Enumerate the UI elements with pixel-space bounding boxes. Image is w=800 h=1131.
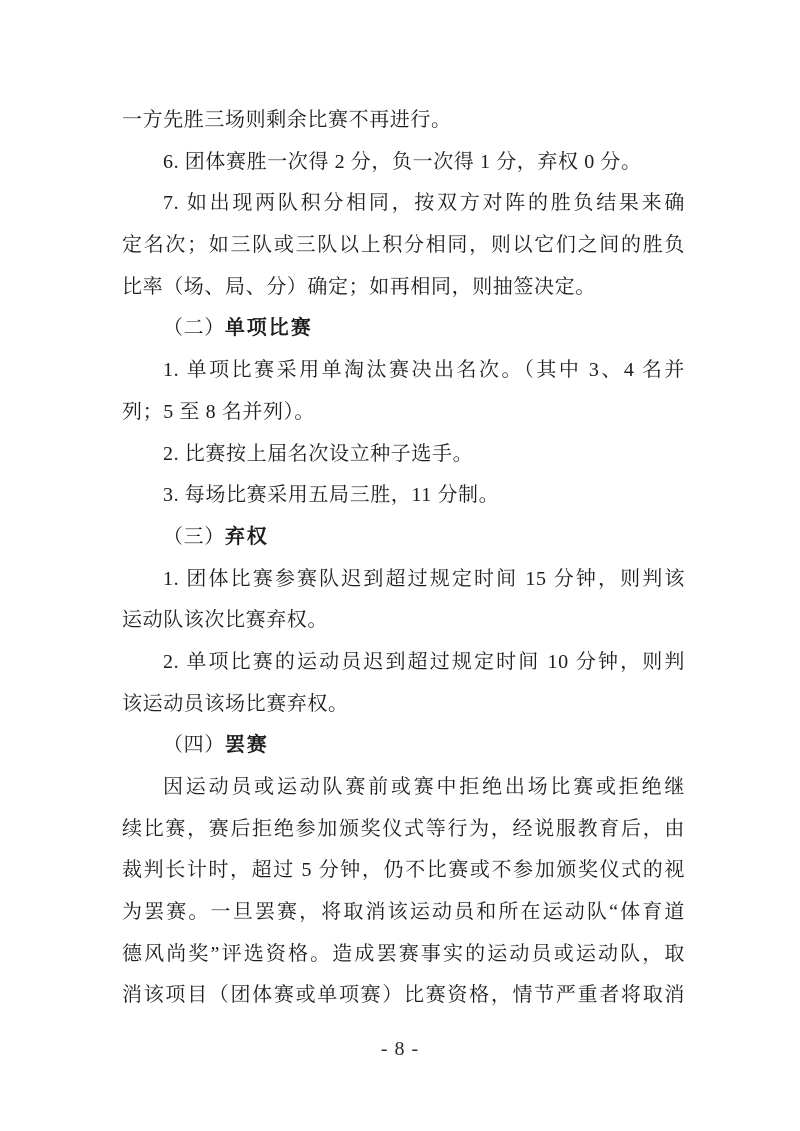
section-heading: （四）罢赛 xyxy=(122,725,685,767)
section-heading-number: （四） xyxy=(163,734,225,756)
document-page: 一方先胜三场则剩余比赛不再进行。6. 团体赛胜一次得 2 分，负一次得 1 分，… xyxy=(0,0,800,1131)
document-line: 运动队该次比赛弃权。 xyxy=(122,600,685,642)
document-line: 该运动员该场比赛弃权。 xyxy=(122,684,685,726)
document-line: 比率（场、局、分）确定；如再相同，则抽签决定。 xyxy=(122,267,685,309)
section-heading-number: （二） xyxy=(163,317,225,339)
section-heading-number: （三） xyxy=(163,526,225,548)
document-line: 裁判长计时，超过 5 分钟，仍不比赛或不参加颁奖仪式的视 xyxy=(122,850,685,892)
document-line: 一方先胜三场则剩余比赛不再进行。 xyxy=(122,100,685,142)
document-line: 因运动员或运动队赛前或赛中拒绝出场比赛或拒绝继 xyxy=(122,767,685,809)
document-line: 续比赛，赛后拒绝参加颁奖仪式等行为，经说服教育后，由 xyxy=(122,809,685,851)
document-line: 6. 团体赛胜一次得 2 分，负一次得 1 分，弃权 0 分。 xyxy=(122,142,685,184)
section-heading: （二）单项比赛 xyxy=(122,308,685,350)
document-line: 2. 单项比赛的运动员迟到超过规定时间 10 分钟，则判 xyxy=(122,642,685,684)
section-heading: （三）弃权 xyxy=(122,517,685,559)
document-line: 列；5 至 8 名并列）。 xyxy=(122,392,685,434)
document-line: 1. 单项比赛采用单淘汰赛决出名次。（其中 3、4 名并 xyxy=(122,350,685,392)
document-line: 3. 每场比赛采用五局三胜，11 分制。 xyxy=(122,475,685,517)
section-heading-title: 弃权 xyxy=(225,526,269,548)
document-line: 为罢赛。一旦罢赛，将取消该运动员和所在运动队“体育道 xyxy=(122,892,685,934)
page-number: - 8 - xyxy=(381,1038,419,1060)
document-line: 7. 如出现两队积分相同，按双方对阵的胜负结果来确 xyxy=(122,183,685,225)
document-line: 2. 比赛按上届名次设立种子选手。 xyxy=(122,434,685,476)
document-line: 德风尚奖”评选资格。造成罢赛事实的运动员或运动队，取 xyxy=(122,934,685,976)
page-footer: - 8 - xyxy=(0,1035,800,1063)
section-heading-title: 罢赛 xyxy=(225,734,269,756)
document-line: 消该项目（团体赛或单项赛）比赛资格，情节严重者将取消 xyxy=(122,975,685,1017)
document-line: 定名次；如三队或三队以上积分相同，则以它们之间的胜负 xyxy=(122,225,685,267)
section-heading-title: 单项比赛 xyxy=(225,317,313,339)
document-line: 1. 团体比赛参赛队迟到超过规定时间 15 分钟，则判该 xyxy=(122,559,685,601)
document-body: 一方先胜三场则剩余比赛不再进行。6. 团体赛胜一次得 2 分，负一次得 1 分，… xyxy=(122,100,685,1017)
